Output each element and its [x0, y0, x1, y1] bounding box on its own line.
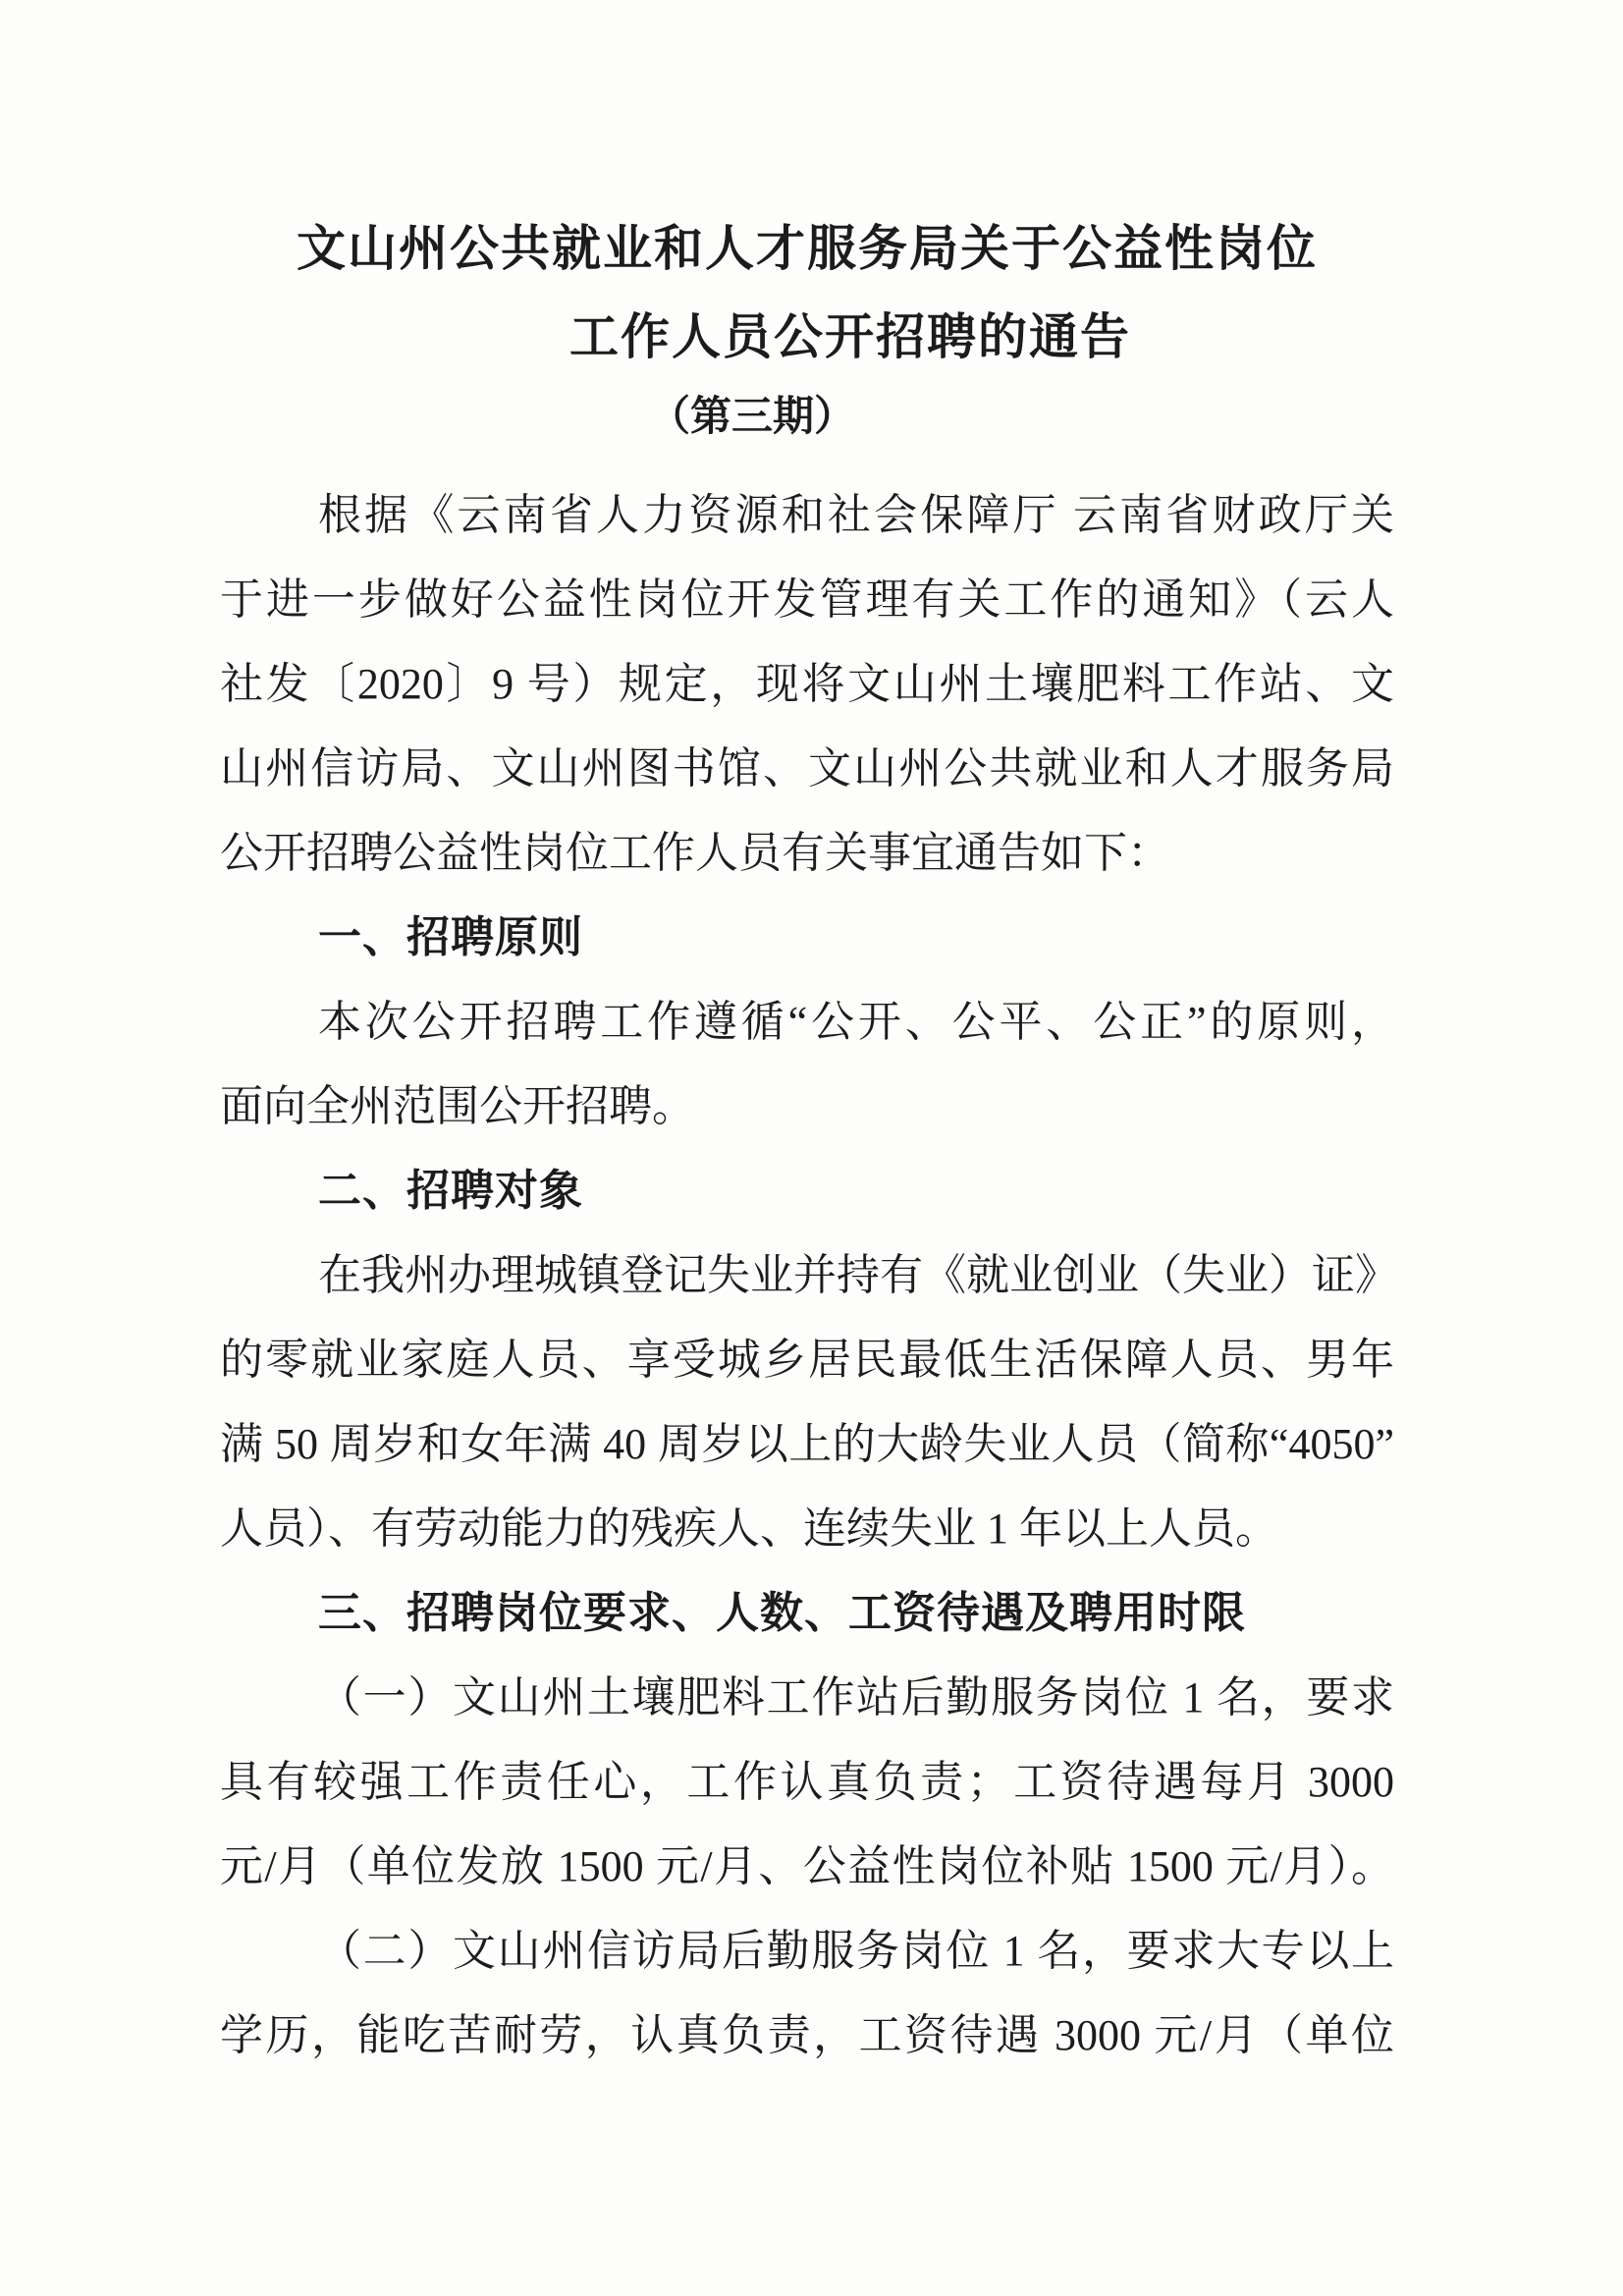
section-heading-3: 三、招聘岗位要求、人数、工资待遇及聘用时限	[220, 1571, 1394, 1656]
para-targets-line-1: 在我州办理城镇登记失业并持有《就业创业（失业）证》	[220, 1233, 1394, 1318]
section-heading-1: 一、招聘原则	[220, 896, 1394, 980]
issue-number: （第三期）	[165, 381, 1339, 452]
para-basis-line-5: 公开招聘公益性岗位工作人员有关事宜通告如下：	[220, 811, 1394, 896]
document-body: 根据《云南省人力资源和社会保障厅 云南省财政厅关 于进一步做好公益性岗位开发管理…	[220, 473, 1394, 2078]
para-post1-line-2: 具有较强工作责任心，工作认真负责；工资待遇每月 3000	[220, 1740, 1394, 1825]
document-title-line1: 文山州公共就业和人才服务局关于公益性岗位	[220, 204, 1394, 293]
para-post2-line-1: （二）文山州信访局后勤服务岗位 1 名，要求大专以上	[220, 1909, 1394, 1994]
para-principle-line-2: 面向全州范围公开招聘。	[220, 1065, 1394, 1149]
para-post2-line-2: 学历，能吃苦耐劳，认真负责，工资待遇 3000 元/月（单位	[220, 1994, 1394, 2078]
para-basis-line-2: 于进一步做好公益性岗位开发管理有关工作的通知》（云人	[220, 558, 1394, 642]
para-targets-line-2: 的零就业家庭人员、享受城乡居民最低生活保障人员、男年	[220, 1318, 1394, 1402]
section-heading-2: 二、招聘对象	[220, 1149, 1394, 1233]
para-basis-line-1: 根据《云南省人力资源和社会保障厅 云南省财政厅关	[220, 473, 1394, 558]
document-title-line2: 工作人员公开招聘的通告	[263, 293, 1437, 381]
para-principle-line-1: 本次公开招聘工作遵循“公开、公平、公正”的原则，	[220, 980, 1394, 1065]
para-targets-line-3: 满 50 周岁和女年满 40 周岁以上的大龄失业人员（简称“4050”	[220, 1402, 1394, 1487]
document-page: 文山州公共就业和人才服务局关于公益性岗位 工作人员公开招聘的通告 （第三期） 根…	[0, 0, 1623, 2296]
para-basis-line-3: 社发〔2020〕9 号）规定，现将文山州土壤肥料工作站、文	[220, 642, 1394, 727]
para-post1-line-1: （一）文山州土壤肥料工作站后勤服务岗位 1 名，要求	[220, 1656, 1394, 1740]
para-basis-line-4: 山州信访局、文山州图书馆、文山州公共就业和人才服务局	[220, 727, 1394, 811]
para-targets-line-4: 人员）、有劳动能力的残疾人、连续失业 1 年以上人员。	[220, 1487, 1394, 1571]
para-post1-line-3: 元/月（单位发放 1500 元/月、公益性岗位补贴 1500 元/月）。	[220, 1825, 1394, 1909]
